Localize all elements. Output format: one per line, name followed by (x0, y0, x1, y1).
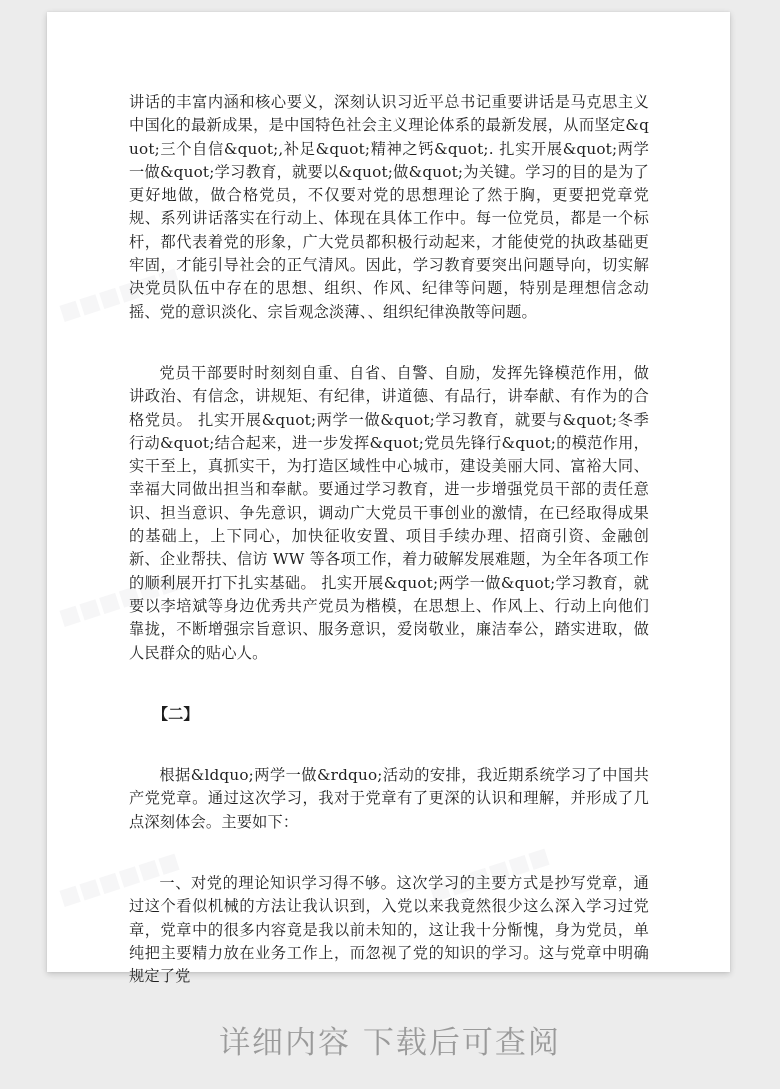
paragraph-gap (129, 726, 649, 764)
paragraph: 一、对党的理论知识学习得不够。这次学习的主要方式是抄写党章，通过这个看似机械的方… (129, 872, 649, 988)
document-page: ■■■■■■ ■■■■■■ ■■■■■■ ■■■■■■ 讲话的丰富内涵和核心要义… (47, 12, 730, 972)
paragraph-gap (129, 665, 649, 703)
paragraph-gap (129, 324, 649, 362)
paragraph: 党员干部要时时刻刻自重、自省、自警、自励，发挥先锋模范作用，做讲政治、有信念，讲… (129, 362, 649, 665)
paragraph: 讲话的丰富内涵和核心要义，深刻认识习近平总书记重要讲话是马克思主义中国化的最新成… (129, 91, 649, 324)
document-body: 讲话的丰富内涵和核心要义，深刻认识习近平总书记重要讲话是马克思主义中国化的最新成… (129, 91, 649, 989)
download-prompt: 详细内容 下载后可查阅 (0, 1017, 780, 1062)
paragraph-gap (129, 834, 649, 872)
paragraph: 根据&ldquo;两学一做&rdquo;活动的安排，我近期系统学习了中国共产党党… (129, 764, 649, 834)
section-heading: 【二】 (129, 703, 649, 726)
